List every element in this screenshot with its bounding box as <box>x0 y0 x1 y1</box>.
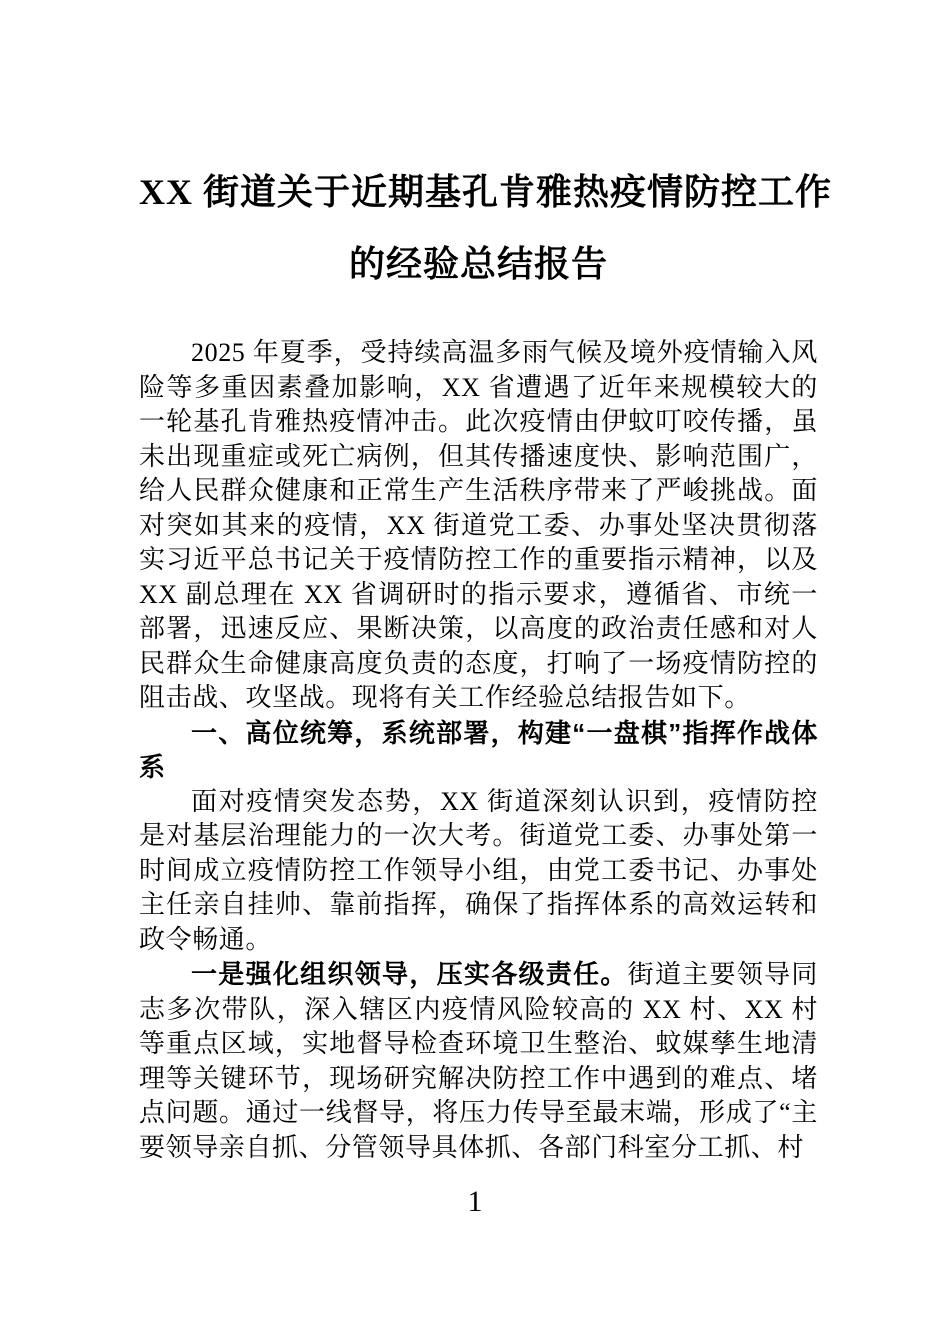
text-run: 面对疫情突发态势，XX 街道深刻认识到，疫情防控是对基层治理能力的一次大考。街道… <box>139 787 818 954</box>
document-body: 2025 年夏季，受持续高温多雨气候及境外疫情输入风险等多重因素叠加影响，XX … <box>139 336 818 1165</box>
section-heading: 一、高位统筹，系统部署，构建“一盘棋”指挥作战体系 <box>139 716 818 785</box>
text-run: 2025 年夏季，受持续高温多雨气候及境外疫情输入风险等多重因素叠加影响，XX … <box>139 338 818 712</box>
page-number: 1 <box>0 1184 950 1220</box>
bold-text-run: 一是强化组织领导，压实各级责任。 <box>191 959 628 989</box>
title-line-2: 的经验总结报告 <box>139 228 818 300</box>
bold-text-run: 一、高位统筹，系统部署，构建“一盘棋”指挥作战体系 <box>139 718 818 783</box>
title-line-1: XX 街道关于近期基孔肯雅热疫情防控工作 <box>139 156 818 228</box>
document-page: XX 街道关于近期基孔肯雅热疫情防控工作 的经验总结报告 2025 年夏季，受持… <box>0 0 950 1344</box>
body-paragraph: 2025 年夏季，受持续高温多雨气候及境外疫情输入风险等多重因素叠加影响，XX … <box>139 336 818 716</box>
body-paragraph: 面对疫情突发态势，XX 街道深刻认识到，疫情防控是对基层治理能力的一次大考。街道… <box>139 785 818 958</box>
text-run: 街道主要领导同志多次带队，深入辖区内疫情风险较高的 XX 村、XX 村等重点区域… <box>139 960 818 1162</box>
body-paragraph: 一是强化组织领导，压实各级责任。街道主要领导同志多次带队，深入辖区内疫情风险较高… <box>139 957 818 1165</box>
document-title: XX 街道关于近期基孔肯雅热疫情防控工作 的经验总结报告 <box>139 156 818 300</box>
